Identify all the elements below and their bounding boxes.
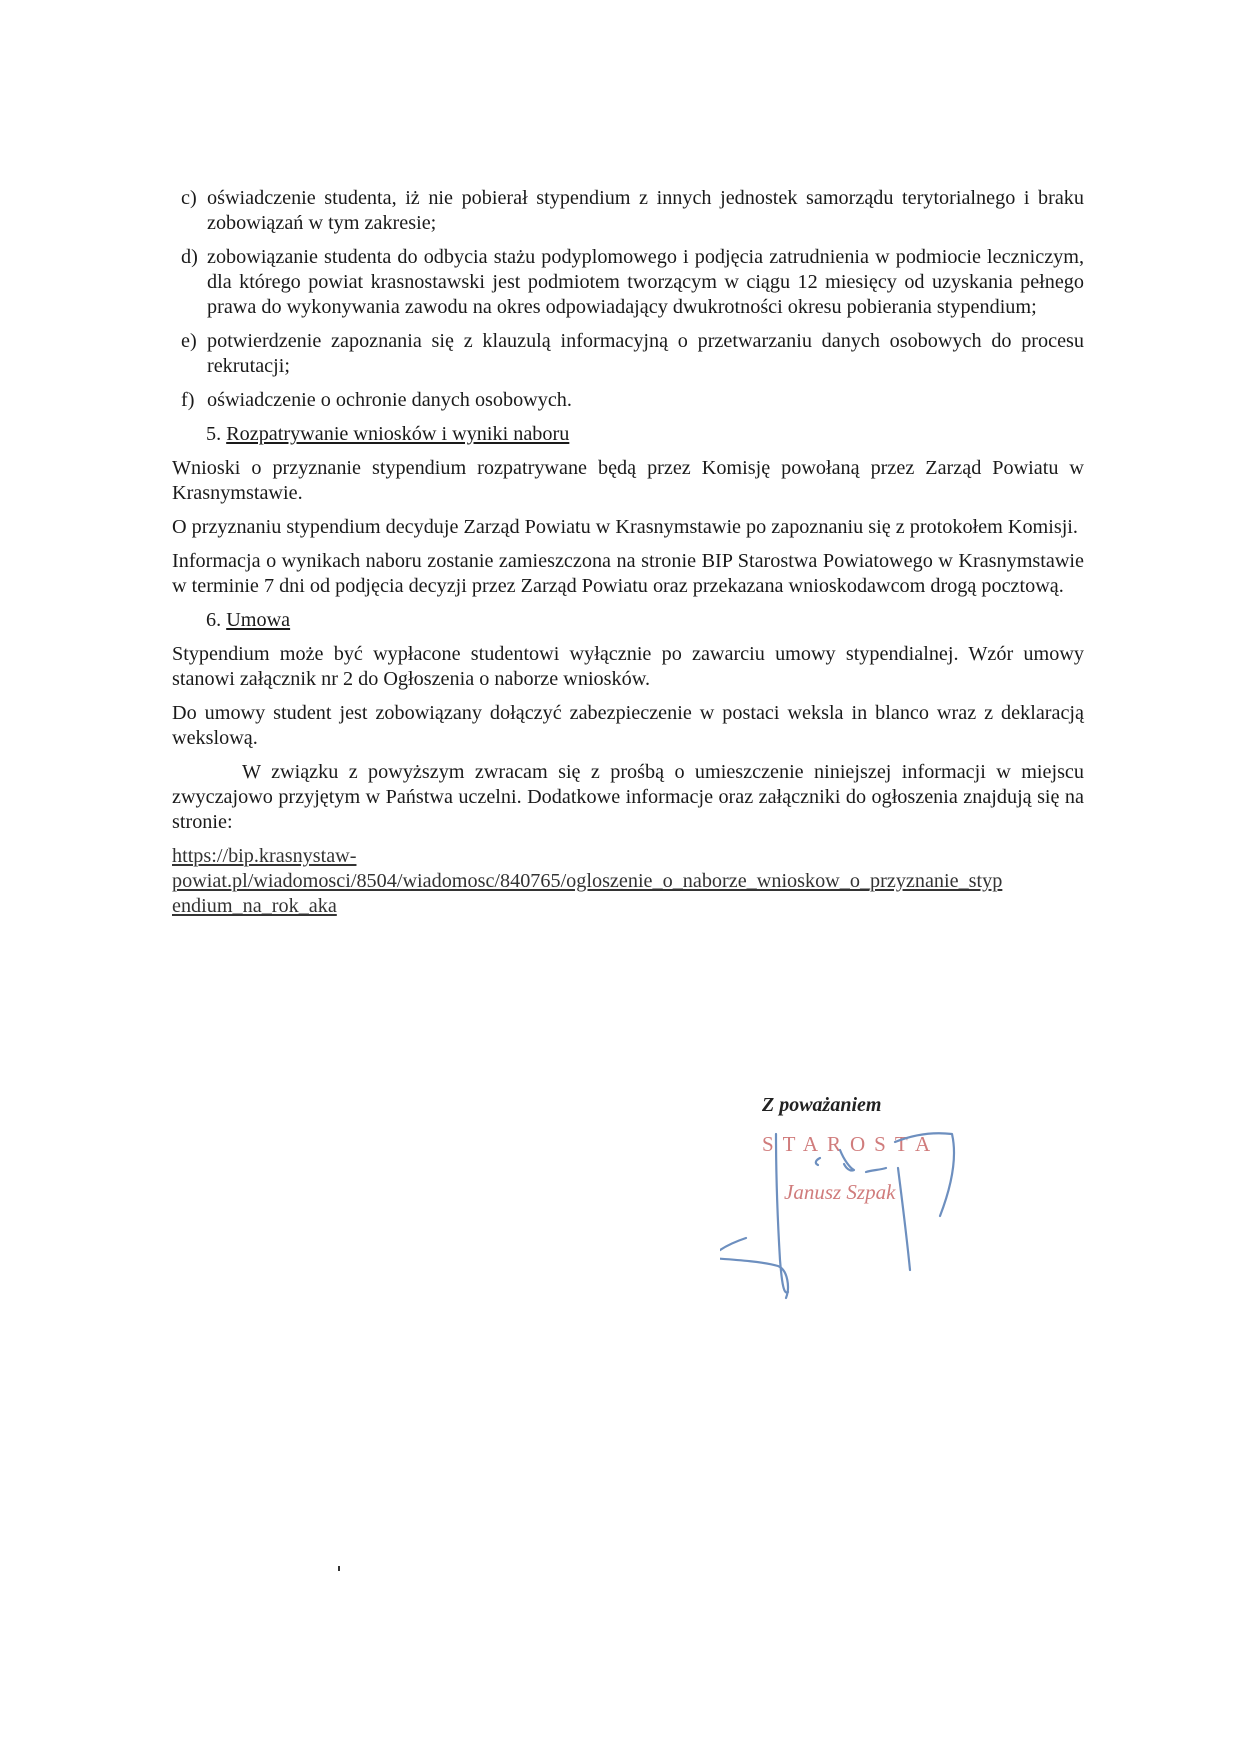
list-marker: c) xyxy=(172,186,207,236)
scan-artifact xyxy=(338,1566,340,1571)
paragraph: Do umowy student jest zobowiązany dołącz… xyxy=(172,701,1084,751)
list-item-d: d) zobowiązanie studenta do odbycia staż… xyxy=(172,245,1084,320)
link-line[interactable]: endium_na_rok_aka xyxy=(172,894,337,919)
document-page: c) oświadczenie studenta, iż nie pobiera… xyxy=(0,0,1240,1754)
paragraph: O przyznaniu stypendium decyduje Zarząd … xyxy=(172,515,1084,540)
section-title: Umowa xyxy=(226,609,290,631)
list-marker: e) xyxy=(172,329,207,379)
closing-salutation: Z poważaniem xyxy=(762,1094,881,1117)
closing-paragraph: W związku z powyższym zwracam się z proś… xyxy=(172,760,1084,835)
link-line[interactable]: https://bip.krasnystaw- xyxy=(172,844,1084,869)
document-body: c) oświadczenie studenta, iż nie pobiera… xyxy=(172,186,1084,919)
list-item-text: oświadczenie studenta, iż nie pobierał s… xyxy=(207,186,1084,236)
section-title: Rozpatrywanie wniosków i wyniki naboru xyxy=(226,423,569,445)
list-item-text: zobowiązanie studenta do odbycia stażu p… xyxy=(207,245,1084,320)
announcement-link[interactable]: https://bip.krasnystaw- powiat.pl/wiadom… xyxy=(172,844,1084,919)
paragraph: Informacja o wynikach naboru zostanie za… xyxy=(172,549,1084,599)
list-marker: f) xyxy=(172,388,207,413)
list-item-text: potwierdzenie zapoznania się z klauzulą … xyxy=(207,329,1084,379)
paragraph: Stypendium może być wypłacone studentowi… xyxy=(172,642,1084,692)
list-item-c: c) oświadczenie studenta, iż nie pobiera… xyxy=(172,186,1084,236)
list-item-text: oświadczenie o ochronie danych osobowych… xyxy=(207,388,1084,413)
paragraph: Wnioski o przyznanie stypendium rozpatry… xyxy=(172,456,1084,506)
section-number: 6. xyxy=(206,609,221,631)
section-number: 5. xyxy=(206,423,221,445)
section-6-heading: 6. Umowa xyxy=(206,608,1084,633)
list-item-e: e) potwierdzenie zapoznania się z klauzu… xyxy=(172,329,1084,379)
handwritten-signature-icon xyxy=(720,1120,980,1300)
section-5-heading: 5. Rozpatrywanie wniosków i wyniki nabor… xyxy=(206,422,1084,447)
list-marker: d) xyxy=(172,245,207,320)
list-item-f: f) oświadczenie o ochronie danych osobow… xyxy=(172,388,1084,413)
link-line[interactable]: powiat.pl/wiadomosci/8504/wiadomosc/8407… xyxy=(172,869,1084,894)
